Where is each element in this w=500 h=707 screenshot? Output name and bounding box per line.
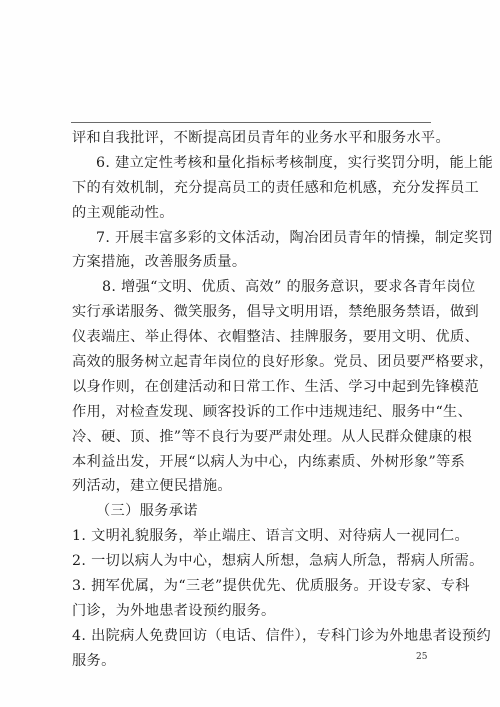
text-line: 4. 出院病人免费回访（电话、信件），专科门诊为外地患者设预约	[72, 624, 432, 649]
section-heading: （三）服务承诺	[72, 499, 432, 524]
text-line: 本利益出发，开展“以病人为中心，内练素质、外树形象”等系	[72, 450, 432, 475]
text-line: 下的有效机制，充分提高员工的责任感和危机感，充分发挥员工	[72, 176, 432, 201]
page-number: 25	[416, 652, 427, 662]
text-line: 仪表端庄、举止得体、衣帽整洁、挂牌服务，要用文明、优质、	[72, 325, 432, 350]
document-page: 评和自我批评，不断提高团员青年的业务水平和服务水平。 6. 建立定性考核和量化指…	[0, 0, 500, 707]
text-line: 列活动，建立便民措施。	[72, 474, 432, 499]
text-line: 方案措施，改善服务质量。	[72, 250, 432, 275]
text-line: 3. 拥军优属，为“三老”提供优先、优质服务。开设专家、专科	[72, 574, 432, 599]
text-line: 2. 一切以病人为中心，想病人所想，急病人所急，帮病人所需。	[72, 549, 432, 574]
text-line: 的主观能动性。	[72, 201, 432, 226]
text-line: 7. 开展丰富多彩的文体活动，陶冶团员青年的情操，制定奖罚	[72, 226, 432, 251]
text-line: 以身作则，在创建活动和日常工作、生活、学习中起到先锋模范	[72, 375, 432, 400]
text-line: 评和自我批评，不断提高团员青年的业务水平和服务水平。	[72, 126, 432, 151]
text-line: 高效的服务树立起青年岗位的良好形象。党员、团员要严格要求，	[72, 350, 432, 375]
text-line: 1. 文明礼貌服务，举止端庄、语言文明、对待病人一视同仁。	[72, 524, 432, 549]
text-line: 8. 增强“文明、优质、高效” 的服务意识，要求各青年岗位	[72, 275, 432, 300]
text-line: 门诊，为外地患者设预约服务。	[72, 599, 432, 624]
text-line: 服务。	[72, 649, 432, 674]
text-line: 作用，对检查发现、顾客投诉的工作中违规违纪、服务中“生、	[72, 400, 432, 425]
text-line: 冷、硬、顶、推”等不良行为要严肃处理。从人民群众健康的根	[72, 425, 432, 450]
text-line: 6. 建立定性考核和量化指标考核制度，实行奖罚分明，能上能	[72, 151, 432, 176]
body-text: 评和自我批评，不断提高团员青年的业务水平和服务水平。 6. 建立定性考核和量化指…	[72, 126, 432, 674]
header-rule	[71, 122, 431, 123]
text-line: 实行承诺服务、微笑服务，倡导文明用语，禁绝服务禁语，做到	[72, 300, 432, 325]
